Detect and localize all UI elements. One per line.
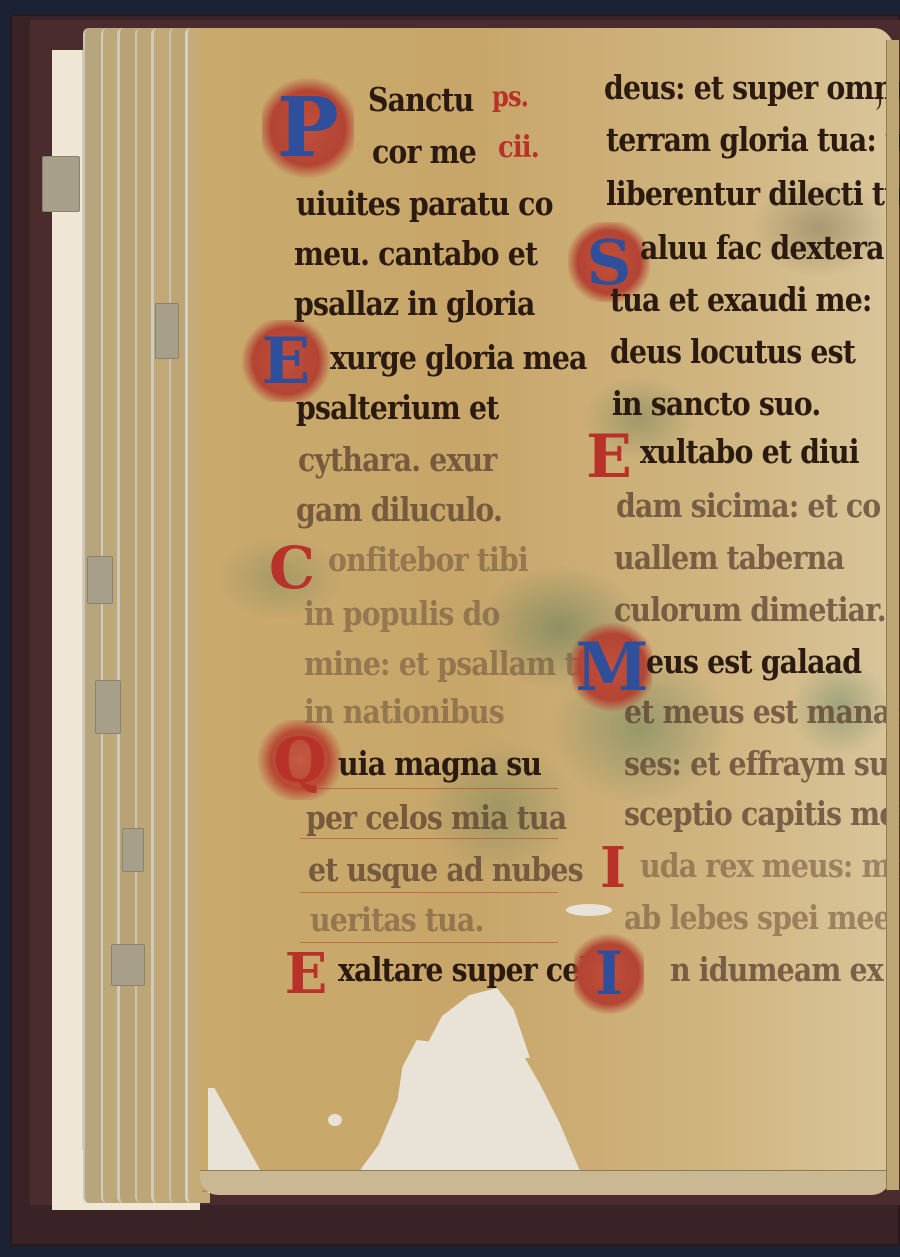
text-line: Sanctu bbox=[368, 80, 473, 119]
index-tab[interactable] bbox=[122, 828, 144, 872]
text-line: gam diluculo. bbox=[296, 490, 502, 529]
text-line: tua et exaudi me: bbox=[610, 280, 872, 319]
text-line: meu. cantabo et bbox=[294, 234, 537, 273]
initial-c: C bbox=[262, 536, 322, 600]
text-line: psalterium et bbox=[296, 388, 498, 427]
ruling-line bbox=[300, 942, 558, 943]
text-line: per celos mia tua bbox=[306, 798, 566, 837]
text-line: aluu fac dextera bbox=[640, 228, 884, 267]
text-line: dam sicima: et co bbox=[616, 486, 880, 525]
manuscript-page: ) P Sanctu ps. cor me cii. uiuites parat… bbox=[200, 28, 892, 1190]
text-line: xultabo et diui bbox=[640, 432, 859, 471]
text-line: eus est galaad bbox=[646, 642, 861, 681]
text-line: onfitebor tibi bbox=[328, 540, 528, 579]
ruling-line bbox=[300, 838, 558, 839]
initial-i: I bbox=[574, 932, 644, 1016]
ruling-line bbox=[300, 892, 558, 893]
text-line: et usque ad nubes bbox=[308, 850, 583, 889]
index-tab[interactable] bbox=[155, 303, 179, 359]
paper-repair bbox=[420, 988, 530, 1058]
text-line: liberentur dilecti tui. bbox=[606, 174, 900, 213]
rubric-psalm-number: cii. bbox=[498, 130, 539, 165]
rubric-psalm-label: ps. bbox=[492, 80, 528, 113]
paper-repair bbox=[350, 1040, 588, 1190]
index-tab[interactable] bbox=[95, 680, 121, 734]
text-line: culorum dimetiar. bbox=[614, 590, 886, 629]
text-line: n idumeam ex bbox=[670, 950, 883, 989]
text-line: psallaz in gloria bbox=[294, 284, 535, 323]
hole bbox=[328, 1114, 342, 1126]
text-line: deus: et super omne bbox=[604, 68, 900, 107]
text-line: cor me bbox=[372, 132, 476, 171]
text-line: sceptio capitis mei. bbox=[624, 794, 900, 833]
text-line: uia magna su bbox=[338, 744, 541, 783]
index-tab[interactable] bbox=[42, 156, 80, 212]
text-line: ses: et effraym su bbox=[624, 744, 889, 783]
text-line: deus locutus est bbox=[610, 332, 855, 371]
text-line: ueritas tua. bbox=[310, 900, 483, 939]
initial-p: P bbox=[262, 78, 354, 178]
ruling-line bbox=[300, 788, 558, 789]
text-line: uiuites paratu co bbox=[296, 184, 553, 223]
text-line: in sancto suo. bbox=[612, 384, 820, 423]
text-line: ab lebes spei mee. bbox=[624, 898, 900, 937]
index-tab[interactable] bbox=[87, 556, 113, 604]
initial-e: E bbox=[576, 426, 642, 488]
index-tab[interactable] bbox=[111, 944, 145, 986]
fore-edge-leaves bbox=[75, 28, 215, 1203]
text-line: terram gloria tua: ut bbox=[606, 120, 900, 159]
page-right-edge bbox=[886, 40, 899, 1190]
initial-i: I bbox=[590, 836, 636, 900]
text-line: mine: et psallam tibi bbox=[304, 644, 615, 683]
page-bottom-edge bbox=[200, 1170, 890, 1195]
text-line: et meus est manas bbox=[624, 692, 900, 731]
hole bbox=[566, 904, 612, 916]
text-line: in populis do bbox=[304, 594, 500, 633]
text-line: cythara. exur bbox=[298, 440, 496, 479]
text-line: uallem taberna bbox=[614, 538, 844, 577]
initial-e: E bbox=[276, 944, 336, 1004]
text-line: uda rex meus: mo bbox=[640, 846, 900, 885]
text-line: xurge gloria mea bbox=[330, 338, 587, 377]
